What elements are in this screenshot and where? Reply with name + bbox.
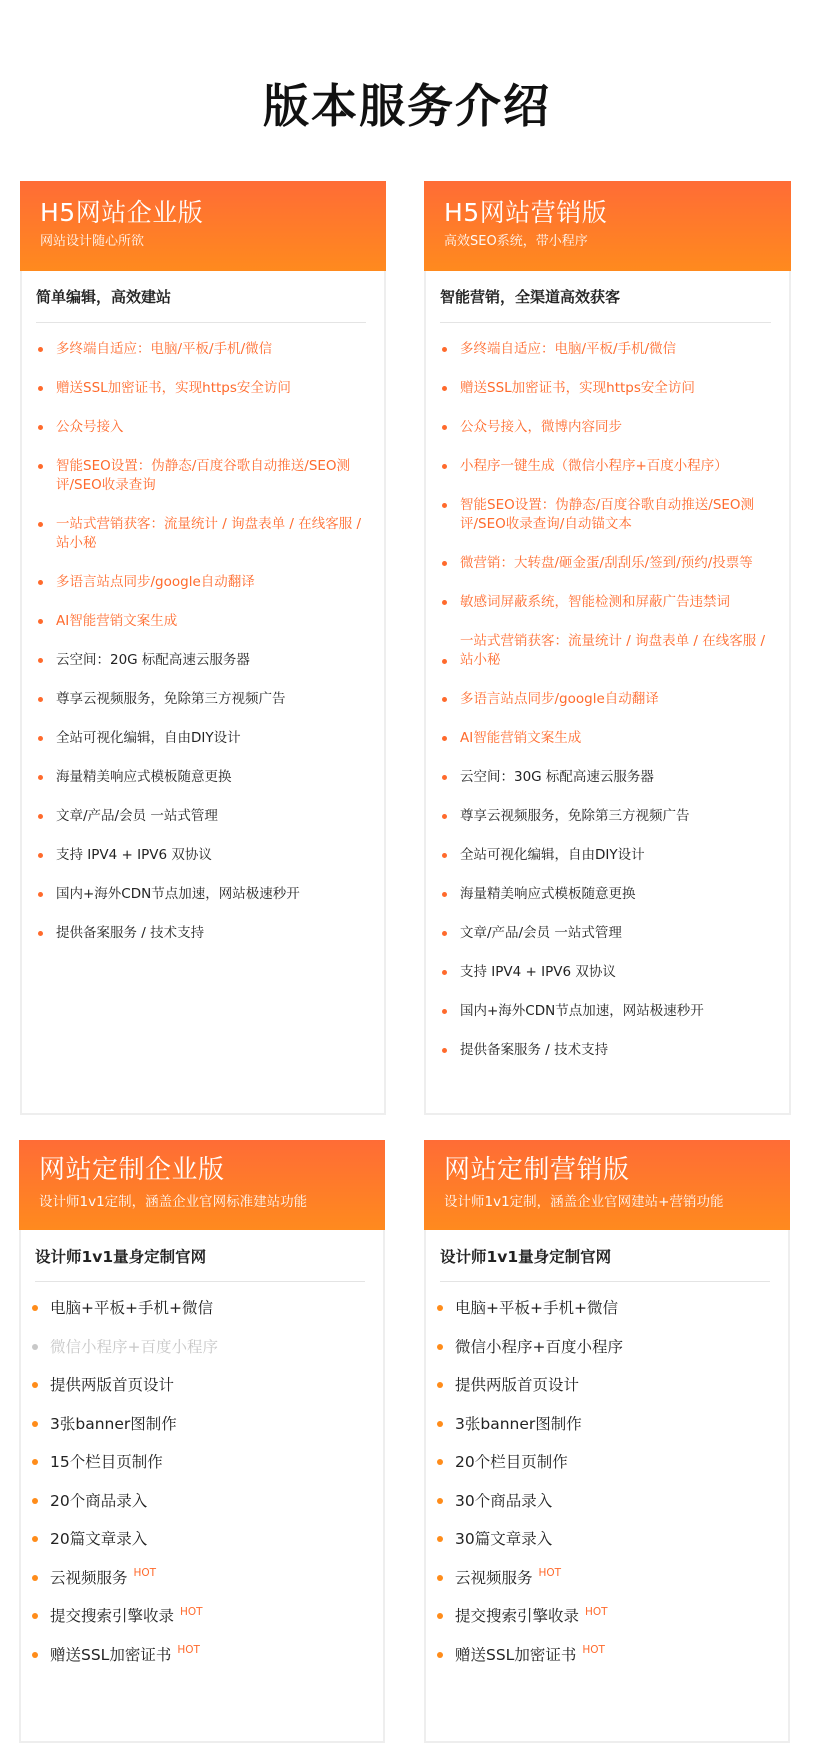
feature-item: 微信小程序+百度小程序 xyxy=(426,1336,788,1358)
bullet-dot-icon xyxy=(38,347,43,352)
card-header: 网站定制营销版 设计师1v1定制，涵盖企业官网建站+营销功能 xyxy=(424,1140,790,1230)
feature-item: 全站可视化编辑，自由DIY设计 xyxy=(426,846,789,865)
bullet-dot-icon xyxy=(437,1421,443,1427)
feature-item: 多终端自适应：电脑/平板/手机/微信 xyxy=(22,340,384,359)
page-title: 版本服务介绍 xyxy=(0,78,814,134)
feature-item: 多语言站点同步/google自动翻译 xyxy=(22,573,384,592)
feature-list: 电脑+平板+手机+微信微信小程序+百度小程序提供两版首页设计3张banner图制… xyxy=(426,1297,788,1682)
feature-text: 微信小程序+百度小程序 xyxy=(50,1338,218,1356)
feature-item: 20个栏目页制作 xyxy=(426,1451,788,1473)
feature-text: 3张banner图制作 xyxy=(50,1415,177,1433)
feature-text: 公众号接入，微博内容同步 xyxy=(460,419,622,435)
feature-text: 赠送SSL加密证书 xyxy=(455,1646,576,1664)
hot-badge: HOT xyxy=(134,1567,157,1579)
feature-item: 云视频服务HOT xyxy=(426,1567,788,1589)
feature-text: 智能SEO设置：伪静态/百度谷歌自动推送/SEO测评/SEO收录查询/自动锚文本 xyxy=(460,497,754,532)
feature-text: 敏感词屏蔽系统，智能检测和屏蔽广告违禁词 xyxy=(460,594,730,610)
feature-text: 提供两版首页设计 xyxy=(455,1376,579,1394)
feature-item: 提供两版首页设计 xyxy=(21,1374,383,1396)
feature-text: 多语言站点同步/google自动翻译 xyxy=(56,574,255,590)
feature-item: 海量精美响应式模板随意更换 xyxy=(426,885,789,904)
bullet-dot-icon xyxy=(442,814,447,819)
feature-item: 15个栏目页制作 xyxy=(21,1451,383,1473)
bullet-dot-icon xyxy=(442,697,447,702)
hot-badge: HOT xyxy=(585,1606,608,1618)
feature-item: 文章/产品/会员 一站式管理 xyxy=(426,924,789,943)
feature-item: 赠送SSL加密证书HOT xyxy=(426,1644,788,1666)
feature-text: 公众号接入 xyxy=(56,419,124,435)
bullet-dot-icon xyxy=(442,775,447,780)
bullet-dot-icon xyxy=(38,931,43,936)
feature-item: 国内+海外CDN节点加速，网站极速秒开 xyxy=(22,885,384,904)
bullet-dot-icon xyxy=(442,425,447,430)
bullet-dot-icon xyxy=(442,347,447,352)
bullet-dot-icon xyxy=(32,1498,38,1504)
feature-item: 支持 IPV4 + IPV6 双协议 xyxy=(22,846,384,865)
feature-text: 一站式营销获客：流量统计 / 询盘表单 / 在线客服 / 站小秘 xyxy=(56,516,361,551)
feature-item: 公众号接入，微博内容同步 xyxy=(426,418,789,437)
feature-text: 一站式营销获客：流量统计 / 询盘表单 / 在线客服 / 站小秘 xyxy=(460,633,765,668)
feature-text: 多语言站点同步/google自动翻译 xyxy=(460,691,659,707)
feature-item: 3张banner图制作 xyxy=(21,1413,383,1435)
feature-item: 云空间：20G 标配高速云服务器 xyxy=(22,651,384,670)
bullet-dot-icon xyxy=(38,425,43,430)
feature-text: 云空间：20G 标配高速云服务器 xyxy=(56,652,250,668)
feature-item: 提交搜索引擎收录HOT xyxy=(426,1605,788,1627)
feature-text: 多终端自适应：电脑/平板/手机/微信 xyxy=(56,341,272,357)
bullet-dot-icon xyxy=(442,736,447,741)
feature-text: 国内+海外CDN节点加速，网站极速秒开 xyxy=(460,1003,704,1019)
bullet-dot-icon xyxy=(437,1459,443,1465)
feature-item: 电脑+平板+手机+微信 xyxy=(21,1297,383,1319)
bullet-dot-icon xyxy=(437,1536,443,1542)
feature-item: 3张banner图制作 xyxy=(426,1413,788,1435)
feature-item: 提供备案服务 / 技术支持 xyxy=(22,924,384,943)
feature-list: 多终端自适应：电脑/平板/手机/微信赠送SSL加密证书，实现https安全访问公… xyxy=(426,340,789,1080)
bullet-dot-icon xyxy=(32,1536,38,1542)
feature-item: 赠送SSL加密证书HOT xyxy=(21,1644,383,1666)
feature-text: 电脑+平板+手机+微信 xyxy=(455,1299,618,1317)
card-subtitle: 网站设计随心所欲 xyxy=(40,233,144,251)
bullet-dot-icon xyxy=(32,1344,38,1350)
bullet-dot-icon xyxy=(32,1613,38,1619)
bullet-dot-icon xyxy=(32,1421,38,1427)
feature-text: 云视频服务 xyxy=(50,1569,128,1587)
bullet-dot-icon xyxy=(38,619,43,624)
card-header: 网站定制企业版 设计师1v1定制，涵盖企业官网标准建站功能 xyxy=(19,1140,385,1230)
card-title: H5网站营销版 xyxy=(444,197,607,229)
bullet-dot-icon xyxy=(38,814,43,819)
feature-item: 20个商品录入 xyxy=(21,1490,383,1512)
feature-item: 尊享云视频服务，免除第三方视频广告 xyxy=(426,807,789,826)
bullet-dot-icon xyxy=(32,1305,38,1311)
hot-badge: HOT xyxy=(539,1567,562,1579)
feature-item: 海量精美响应式模板随意更换 xyxy=(22,768,384,787)
feature-text: 赠送SSL加密证书 xyxy=(50,1646,171,1664)
bullet-dot-icon xyxy=(38,892,43,897)
feature-item: 电脑+平板+手机+微信 xyxy=(426,1297,788,1319)
feature-item: 赠送SSL加密证书，实现https安全访问 xyxy=(426,379,789,398)
bullet-dot-icon xyxy=(442,464,447,469)
feature-item: 一站式营销获客：流量统计 / 询盘表单 / 在线客服 / 站小秘 xyxy=(426,632,789,670)
feature-text: 提供备案服务 / 技术支持 xyxy=(460,1042,608,1058)
bullet-dot-icon xyxy=(442,561,447,566)
feature-text: 海量精美响应式模板随意更换 xyxy=(460,886,636,902)
bullet-dot-icon xyxy=(38,386,43,391)
plan-card-custom-enterprise: 网站定制企业版 设计师1v1定制，涵盖企业官网标准建站功能 设计师1v1量身定制… xyxy=(19,1140,385,1743)
feature-item: 多终端自适应：电脑/平板/手机/微信 xyxy=(426,340,789,359)
card-header: H5网站企业版 网站设计随心所欲 xyxy=(20,181,386,271)
feature-item: 智能SEO设置：伪静态/百度谷歌自动推送/SEO测评/SEO收录查询 xyxy=(22,457,384,495)
feature-item: 文章/产品/会员 一站式管理 xyxy=(22,807,384,826)
feature-list: 多终端自适应：电脑/平板/手机/微信赠送SSL加密证书，实现https安全访问公… xyxy=(22,340,384,963)
bullet-dot-icon xyxy=(32,1575,38,1581)
feature-text: 提供备案服务 / 技术支持 xyxy=(56,925,204,941)
bullet-dot-icon xyxy=(32,1382,38,1388)
feature-item: 云视频服务HOT xyxy=(21,1567,383,1589)
card-subtitle: 设计师1v1定制，涵盖企业官网建站+营销功能 xyxy=(444,1193,723,1211)
feature-item: 国内+海外CDN节点加速，网站极速秒开 xyxy=(426,1002,789,1021)
divider xyxy=(35,1281,365,1282)
feature-item: 小程序一键生成（微信小程序+百度小程序） xyxy=(426,457,789,476)
bullet-dot-icon xyxy=(437,1575,443,1581)
feature-text: 文章/产品/会员 一站式管理 xyxy=(56,808,218,824)
bullet-dot-icon xyxy=(442,503,447,508)
bullet-dot-icon xyxy=(38,697,43,702)
plan-card-custom-marketing: 网站定制营销版 设计师1v1定制，涵盖企业官网建站+营销功能 设计师1v1量身定… xyxy=(424,1140,790,1743)
divider xyxy=(36,322,366,323)
feature-item: 提供备案服务 / 技术支持 xyxy=(426,1041,789,1060)
feature-text: 海量精美响应式模板随意更换 xyxy=(56,769,232,785)
feature-text: 提交搜索引擎收录 xyxy=(455,1607,579,1625)
feature-text: 30个商品录入 xyxy=(455,1492,552,1510)
bullet-dot-icon xyxy=(38,736,43,741)
bullet-dot-icon xyxy=(442,970,447,975)
feature-item: 提交搜索引擎收录HOT xyxy=(21,1605,383,1627)
feature-item: 敏感词屏蔽系统，智能检测和屏蔽广告违禁词 xyxy=(426,593,789,612)
bullet-dot-icon xyxy=(38,658,43,663)
bullet-dot-icon xyxy=(437,1498,443,1504)
feature-text: 15个栏目页制作 xyxy=(50,1453,163,1471)
feature-text: 3张banner图制作 xyxy=(455,1415,582,1433)
bullet-dot-icon xyxy=(442,1048,447,1053)
bullet-dot-icon xyxy=(32,1652,38,1658)
feature-item: AI智能营销文案生成 xyxy=(22,612,384,631)
feature-text: 文章/产品/会员 一站式管理 xyxy=(460,925,622,941)
feature-text: 赠送SSL加密证书，实现https安全访问 xyxy=(460,380,695,396)
card-subtitle: 设计师1v1定制，涵盖企业官网标准建站功能 xyxy=(39,1193,307,1211)
bullet-dot-icon xyxy=(38,580,43,585)
feature-item: AI智能营销文案生成 xyxy=(426,729,789,748)
hot-badge: HOT xyxy=(177,1644,200,1656)
bullet-dot-icon xyxy=(437,1382,443,1388)
feature-text: 尊享云视频服务，免除第三方视频广告 xyxy=(460,808,690,824)
feature-text: 支持 IPV4 + IPV6 双协议 xyxy=(56,847,212,863)
feature-item: 多语言站点同步/google自动翻译 xyxy=(426,690,789,709)
feature-text: 电脑+平板+手机+微信 xyxy=(50,1299,213,1317)
bullet-dot-icon xyxy=(437,1344,443,1350)
hot-badge: HOT xyxy=(180,1606,203,1618)
feature-item: 一站式营销获客：流量统计 / 询盘表单 / 在线客服 / 站小秘 xyxy=(22,515,384,553)
feature-text: 支持 IPV4 + IPV6 双协议 xyxy=(460,964,616,980)
bullet-dot-icon xyxy=(38,853,43,858)
feature-text: 尊享云视频服务，免除第三方视频广告 xyxy=(56,691,286,707)
feature-text: 全站可视化编辑，自由DIY设计 xyxy=(56,730,241,746)
feature-text: 提交搜索引擎收录 xyxy=(50,1607,174,1625)
card-subtitle: 高效SEO系统，带小程序 xyxy=(444,233,588,251)
feature-text: 20个商品录入 xyxy=(50,1492,147,1510)
feature-text: 全站可视化编辑，自由DIY设计 xyxy=(460,847,645,863)
bullet-dot-icon xyxy=(442,1009,447,1014)
feature-text: 赠送SSL加密证书，实现https安全访问 xyxy=(56,380,291,396)
bullet-dot-icon xyxy=(442,600,447,605)
bullet-dot-icon xyxy=(442,386,447,391)
section-heading: 简单编辑，高效建站 xyxy=(36,287,171,307)
hot-badge: HOT xyxy=(582,1644,605,1656)
bullet-dot-icon xyxy=(442,853,447,858)
divider xyxy=(440,1281,770,1282)
feature-item: 智能SEO设置：伪静态/百度谷歌自动推送/SEO测评/SEO收录查询/自动锚文本 xyxy=(426,496,789,534)
feature-list: 电脑+平板+手机+微信微信小程序+百度小程序提供两版首页设计3张banner图制… xyxy=(21,1297,383,1682)
bullet-dot-icon xyxy=(437,1305,443,1311)
feature-text: AI智能营销文案生成 xyxy=(460,730,581,746)
section-heading: 设计师1v1量身定制官网 xyxy=(440,1247,611,1267)
plan-card-h5-enterprise: H5网站企业版 网站设计随心所欲 简单编辑，高效建站 多终端自适应：电脑/平板/… xyxy=(20,181,386,1115)
feature-item: 云空间：30G 标配高速云服务器 xyxy=(426,768,789,787)
bullet-dot-icon xyxy=(437,1652,443,1658)
feature-text: 微信小程序+百度小程序 xyxy=(455,1338,623,1356)
feature-text: 20个栏目页制作 xyxy=(455,1453,568,1471)
section-heading: 设计师1v1量身定制官网 xyxy=(35,1247,206,1267)
feature-text: 提供两版首页设计 xyxy=(50,1376,174,1394)
divider xyxy=(440,322,771,323)
feature-text: 云视频服务 xyxy=(455,1569,533,1587)
feature-item: 微信小程序+百度小程序 xyxy=(21,1336,383,1358)
card-title: H5网站企业版 xyxy=(40,197,203,229)
bullet-dot-icon xyxy=(32,1459,38,1465)
bullet-dot-icon xyxy=(437,1613,443,1619)
bullet-dot-icon xyxy=(442,892,447,897)
feature-text: 30篇文章录入 xyxy=(455,1530,552,1548)
section-heading: 智能营销，全渠道高效获客 xyxy=(440,287,620,307)
card-header: H5网站营销版 高效SEO系统，带小程序 xyxy=(424,181,791,271)
bullet-dot-icon xyxy=(442,659,447,664)
feature-item: 提供两版首页设计 xyxy=(426,1374,788,1396)
feature-item: 赠送SSL加密证书，实现https安全访问 xyxy=(22,379,384,398)
feature-text: 微营销：大转盘/砸金蛋/刮刮乐/签到/预约/投票等 xyxy=(460,555,753,571)
feature-item: 支持 IPV4 + IPV6 双协议 xyxy=(426,963,789,982)
feature-item: 全站可视化编辑，自由DIY设计 xyxy=(22,729,384,748)
bullet-dot-icon xyxy=(38,775,43,780)
plan-card-h5-marketing: H5网站营销版 高效SEO系统，带小程序 智能营销，全渠道高效获客 多终端自适应… xyxy=(424,181,791,1115)
bullet-dot-icon xyxy=(38,522,43,527)
feature-text: 国内+海外CDN节点加速，网站极速秒开 xyxy=(56,886,300,902)
card-title: 网站定制企业版 xyxy=(39,1154,225,1186)
feature-text: AI智能营销文案生成 xyxy=(56,613,177,629)
feature-item: 20篇文章录入 xyxy=(21,1528,383,1550)
feature-text: 多终端自适应：电脑/平板/手机/微信 xyxy=(460,341,676,357)
bullet-dot-icon xyxy=(38,464,43,469)
feature-item: 尊享云视频服务，免除第三方视频广告 xyxy=(22,690,384,709)
bullet-dot-icon xyxy=(442,931,447,936)
feature-item: 30篇文章录入 xyxy=(426,1528,788,1550)
feature-text: 20篇文章录入 xyxy=(50,1530,147,1548)
feature-text: 云空间：30G 标配高速云服务器 xyxy=(460,769,654,785)
card-title: 网站定制营销版 xyxy=(444,1154,630,1186)
feature-item: 微营销：大转盘/砸金蛋/刮刮乐/签到/预约/投票等 xyxy=(426,554,789,573)
feature-item: 公众号接入 xyxy=(22,418,384,437)
feature-text: 智能SEO设置：伪静态/百度谷歌自动推送/SEO测评/SEO收录查询 xyxy=(56,458,350,493)
feature-text: 小程序一键生成（微信小程序+百度小程序） xyxy=(460,458,728,474)
feature-item: 30个商品录入 xyxy=(426,1490,788,1512)
